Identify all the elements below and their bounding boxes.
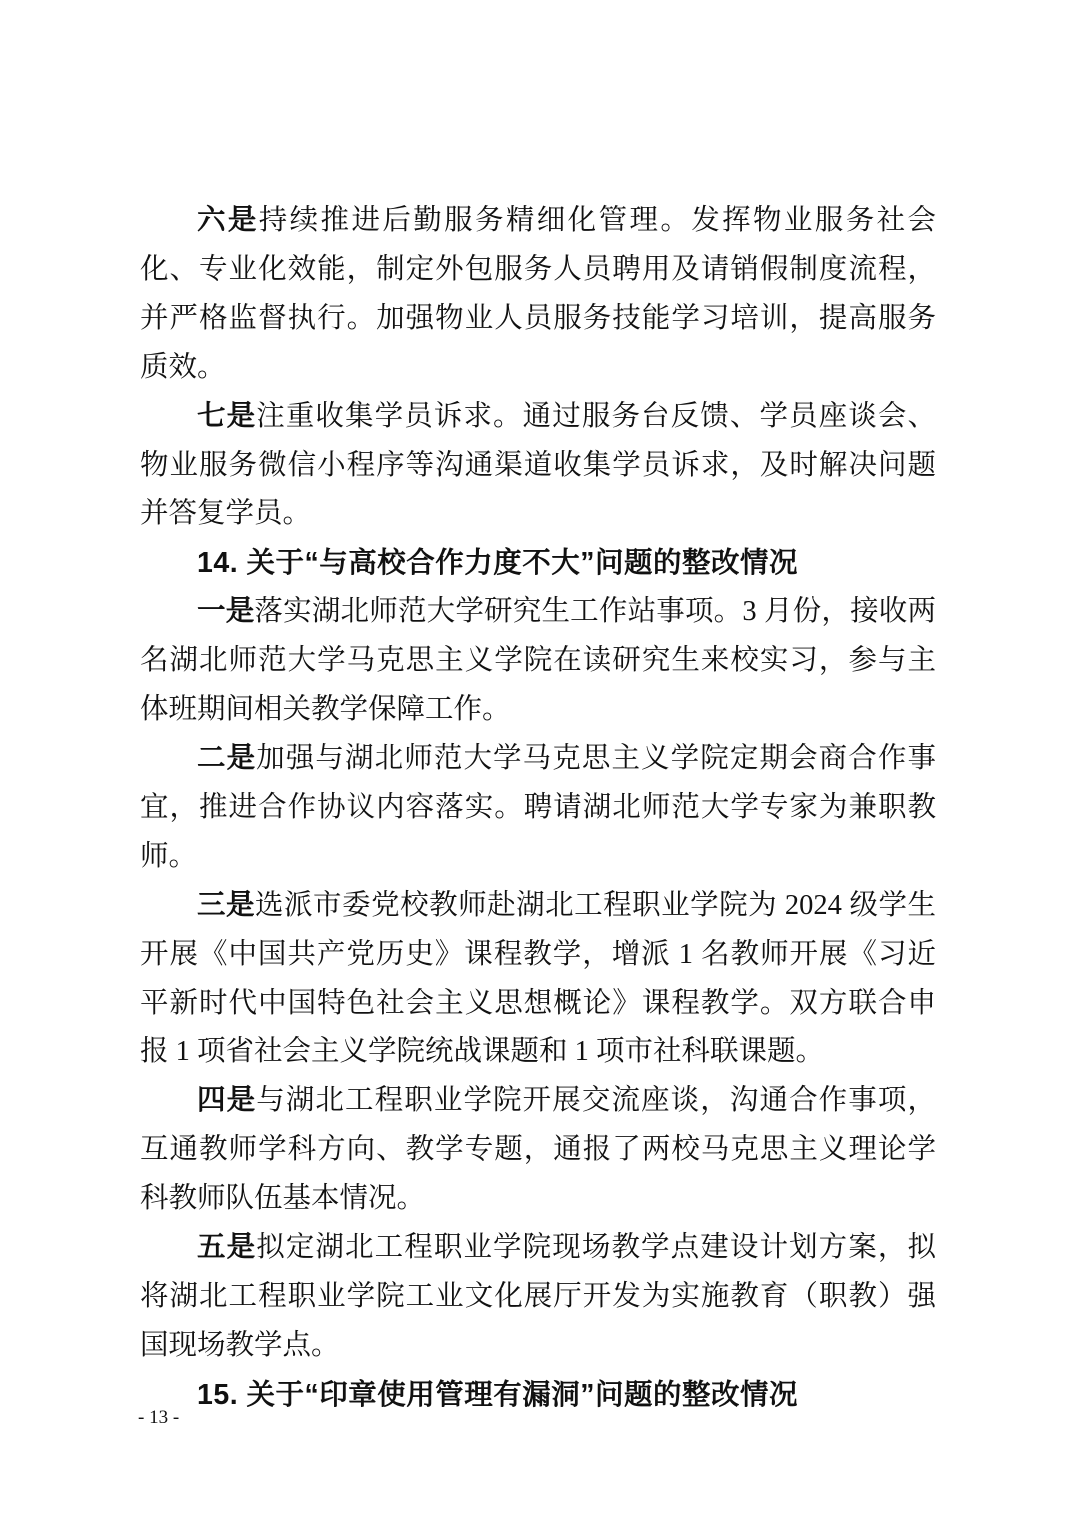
page-number: - 13 -: [138, 1404, 179, 1432]
paragraph-lead: 三是: [197, 890, 255, 921]
section-heading: 14. 关于“与高校合作力度不大”问题的整改情况: [140, 539, 936, 588]
paragraph: 六是持续推进后勤服务精细化管理。发挥物业服务社会化、专业化效能，制定外包服务人员…: [140, 197, 936, 393]
paragraph-text: 加强与湖北师范大学马克思主义学院定期会商合作事宜，推进合作协议内容落实。聘请湖北…: [140, 743, 936, 872]
paragraph-text: 与湖北工程职业学院开展交流座谈，沟通合作事项，互通教师学科方向、教学专题，通报了…: [140, 1085, 936, 1214]
heading-text: 14. 关于“与高校合作力度不大”问题的整改情况: [197, 547, 798, 579]
paragraph-text: 落实湖北师范大学研究生工作站事项。3 月份，接收两名湖北师范大学马克思主义学院在…: [140, 596, 936, 725]
paragraph-text: 选派市委党校教师赴湖北工程职业学院为 2024 级学生开展《中国共产党历史》课程…: [140, 890, 936, 1068]
paragraph-lead: 四是: [197, 1085, 256, 1116]
paragraph: 二是加强与湖北师范大学马克思主义学院定期会商合作事宜，推进合作协议内容落实。聘请…: [140, 735, 936, 882]
paragraph-lead: 五是: [197, 1232, 256, 1263]
section-heading: 15. 关于“印章使用管理有漏洞”问题的整改情况: [140, 1371, 936, 1420]
document-page: 六是持续推进后勤服务精细化管理。发挥物业服务社会化、专业化效能，制定外包服务人员…: [0, 0, 1074, 1520]
paragraph-text: 拟定湖北工程职业学院现场教学点建设计划方案，拟将湖北工程职业学院工业文化展厅开发…: [140, 1232, 936, 1361]
paragraph: 三是选派市委党校教师赴湖北工程职业学院为 2024 级学生开展《中国共产党历史》…: [140, 882, 936, 1078]
paragraph: 七是注重收集学员诉求。通过服务台反馈、学员座谈会、物业服务微信小程序等沟通渠道收…: [140, 393, 936, 540]
paragraph-lead: 六是: [197, 205, 259, 236]
paragraph: 一是落实湖北师范大学研究生工作站事项。3 月份，接收两名湖北师范大学马克思主义学…: [140, 588, 936, 735]
paragraph-text: 持续推进后勤服务精细化管理。发挥物业服务社会化、专业化效能，制定外包服务人员聘用…: [140, 205, 936, 383]
paragraph-lead: 二是: [197, 743, 256, 774]
paragraph-lead: 七是: [197, 401, 256, 432]
heading-text: 15. 关于“印章使用管理有漏洞”问题的整改情况: [197, 1379, 798, 1411]
paragraph-lead: 一是: [197, 596, 254, 627]
paragraph-text: 注重收集学员诉求。通过服务台反馈、学员座谈会、物业服务微信小程序等沟通渠道收集学…: [140, 401, 936, 530]
paragraph: 五是拟定湖北工程职业学院现场教学点建设计划方案，拟将湖北工程职业学院工业文化展厅…: [140, 1224, 936, 1371]
paragraph: 四是与湖北工程职业学院开展交流座谈，沟通合作事项，互通教师学科方向、教学专题，通…: [140, 1077, 936, 1224]
document-body: 六是持续推进后勤服务精细化管理。发挥物业服务社会化、专业化效能，制定外包服务人员…: [140, 197, 936, 1420]
